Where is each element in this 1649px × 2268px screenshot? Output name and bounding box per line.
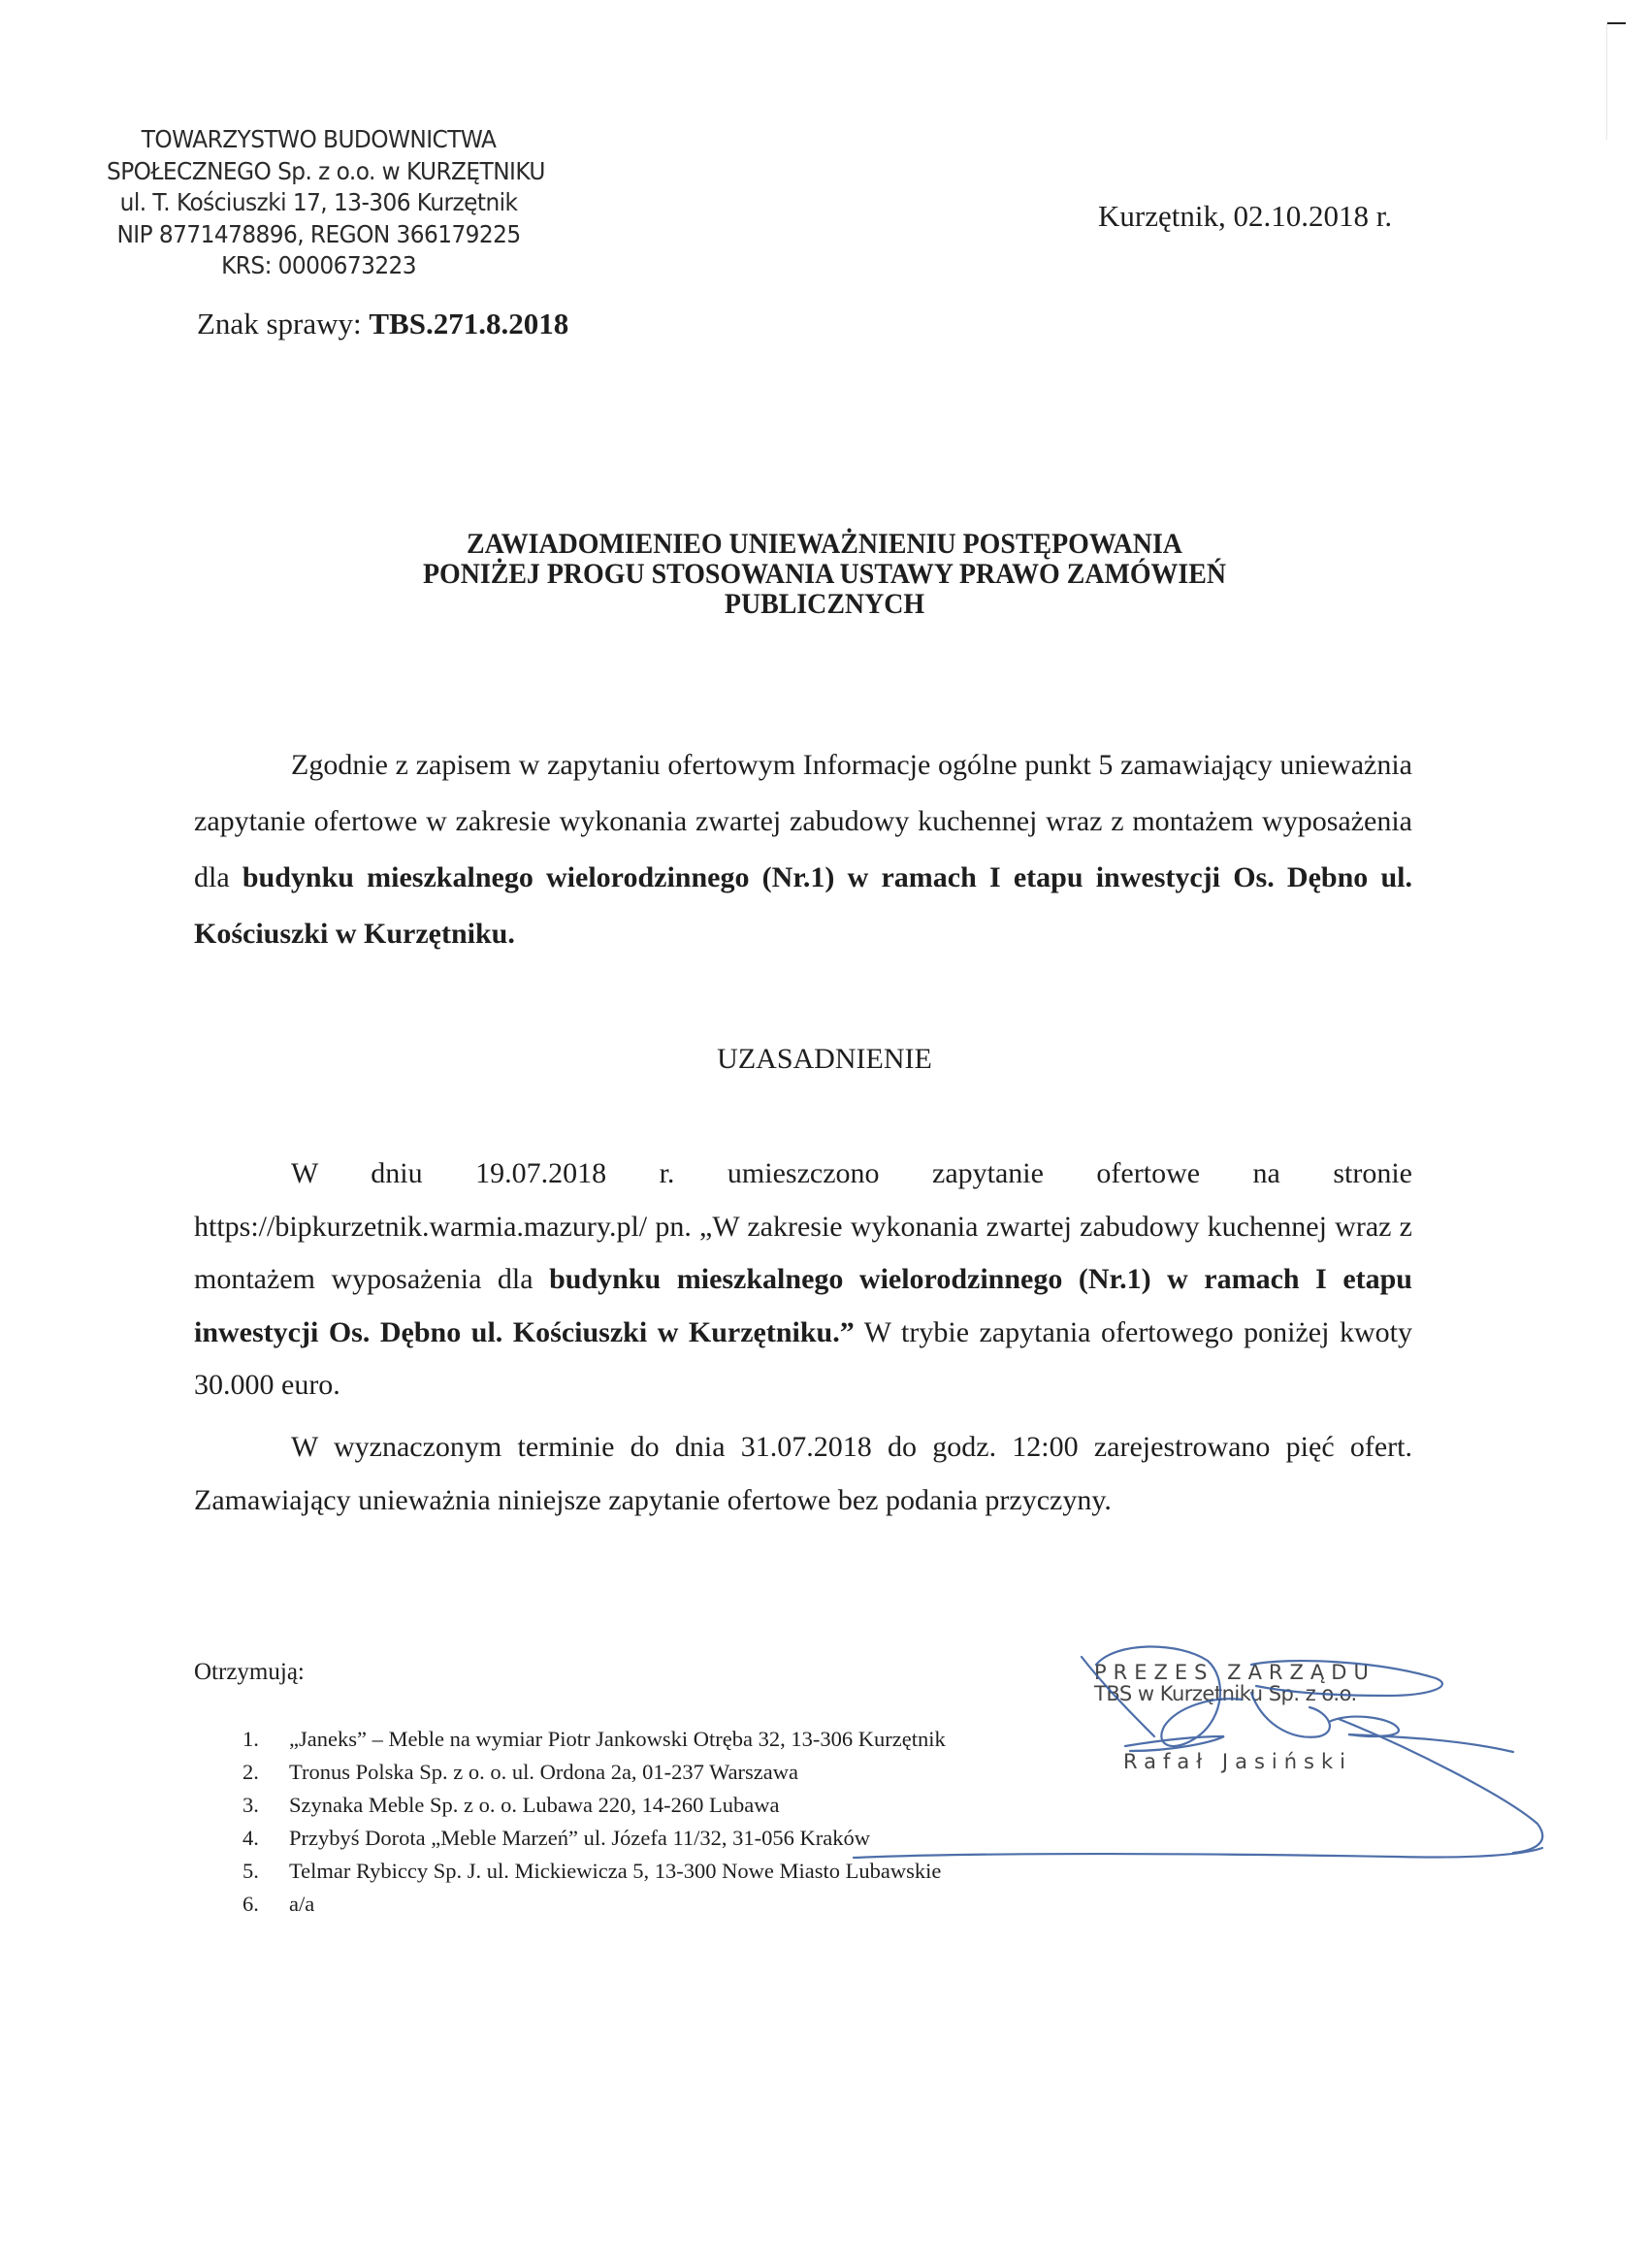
list-item: 6.a/a (242, 1888, 946, 1921)
list-item-number: 4. (242, 1822, 289, 1855)
title-line: PONIŻEJ PROGU STOSOWANIA USTAWY PRAWO ZA… (58, 559, 1592, 589)
scan-corner-mark (1607, 22, 1626, 24)
justification-heading: UZASADNIENIE (0, 1043, 1649, 1076)
list-item: 3.Szynaka Meble Sp. z o. o. Lubawa 220, … (242, 1789, 946, 1822)
case-ref-value: TBS.271.8.2018 (369, 307, 568, 340)
list-item-number: 5. (242, 1855, 289, 1888)
title-line: PUBLICZNYCH (58, 589, 1592, 619)
stamp-line: NIP 8771478896, REGON 366179225 (107, 219, 531, 251)
list-item-text: Telmar Rybiccy Sp. J. ul. Mickiewicza 5,… (289, 1859, 941, 1883)
list-item-number: 2. (242, 1756, 289, 1789)
stamp-line: KRS: 0000673223 (107, 250, 531, 282)
list-item-text: Przybyś Dorota „Meble Marzeń” ul. Józefa… (289, 1826, 870, 1850)
intro-bold-text: budynku mieszkalnego wielorodzinnego (Nr… (194, 861, 1412, 950)
document-title: ZAWIADOMIENIEO UNIEWAŻNIENIU POSTĘPOWANI… (58, 529, 1592, 619)
stamp-line: ul. T. Kościuszki 17, 13-306 Kurzętnik (107, 187, 531, 219)
justification-paragraph-2: W wyznaczonym terminie do dnia 31.07.201… (194, 1421, 1412, 1527)
list-item-number: 1. (242, 1723, 289, 1756)
list-item-number: 6. (242, 1888, 289, 1921)
case-ref-label: Znak sprawy: (197, 307, 369, 340)
signature-role: PREZES ZARZĄDU (1094, 1662, 1375, 1683)
case-reference: Znak sprawy: TBS.271.8.2018 (197, 307, 568, 341)
list-item-text: Szynaka Meble Sp. z o. o. Lubawa 220, 14… (289, 1793, 780, 1817)
stamp-line: SPOŁECZNEGO Sp. z o.o. w KURZĘTNIKU (107, 156, 531, 188)
company-stamp: TOWARZYSTWO BUDOWNICTWA SPOŁECZNEGO Sp. … (107, 124, 531, 282)
list-item-number: 3. (242, 1789, 289, 1822)
list-item: 5.Telmar Rybiccy Sp. J. ul. Mickiewicza … (242, 1855, 946, 1888)
recipients-label: Otrzymują: (194, 1659, 305, 1686)
list-item: 4.Przybyś Dorota „Meble Marzeń” ul. Józe… (242, 1822, 946, 1855)
recipients-list: 1.„Janeks” – Meble na wymiar Piotr Janko… (242, 1723, 946, 1921)
list-item-text: Tronus Polska Sp. z o. o. ul. Ordona 2a,… (289, 1760, 798, 1784)
justification-text-2: W wyznaczonym terminie do dnia 31.07.201… (194, 1431, 1412, 1516)
list-item: 2.Tronus Polska Sp. z o. o. ul. Ordona 2… (242, 1756, 946, 1789)
list-item-text: a/a (289, 1892, 314, 1916)
scan-edge-line (1606, 23, 1607, 140)
place-date: Kurzętnik, 02.10.2018 r. (1098, 199, 1392, 234)
signature-stamp: PREZES ZARZĄDU TBS w Kurzętniku Sp. z o.… (1094, 1662, 1375, 1772)
title-line: ZAWIADOMIENIEO UNIEWAŻNIENIU POSTĘPOWANI… (58, 529, 1592, 559)
stamp-line: TOWARZYSTWO BUDOWNICTWA (107, 124, 531, 156)
intro-paragraph: Zgodnie z zapisem w zapytaniu ofertowym … (194, 737, 1412, 962)
justification-paragraph-1: W dniu 19.07.2018 r. umieszczono zapytan… (194, 1148, 1412, 1412)
signature-name: Rafał Jasiński (1123, 1751, 1375, 1772)
list-item-text: „Janeks” – Meble na wymiar Piotr Jankows… (289, 1727, 946, 1751)
list-item: 1.„Janeks” – Meble na wymiar Piotr Janko… (242, 1723, 946, 1756)
signature-org: TBS w Kurzętniku Sp. z o.o. (1094, 1683, 1375, 1704)
